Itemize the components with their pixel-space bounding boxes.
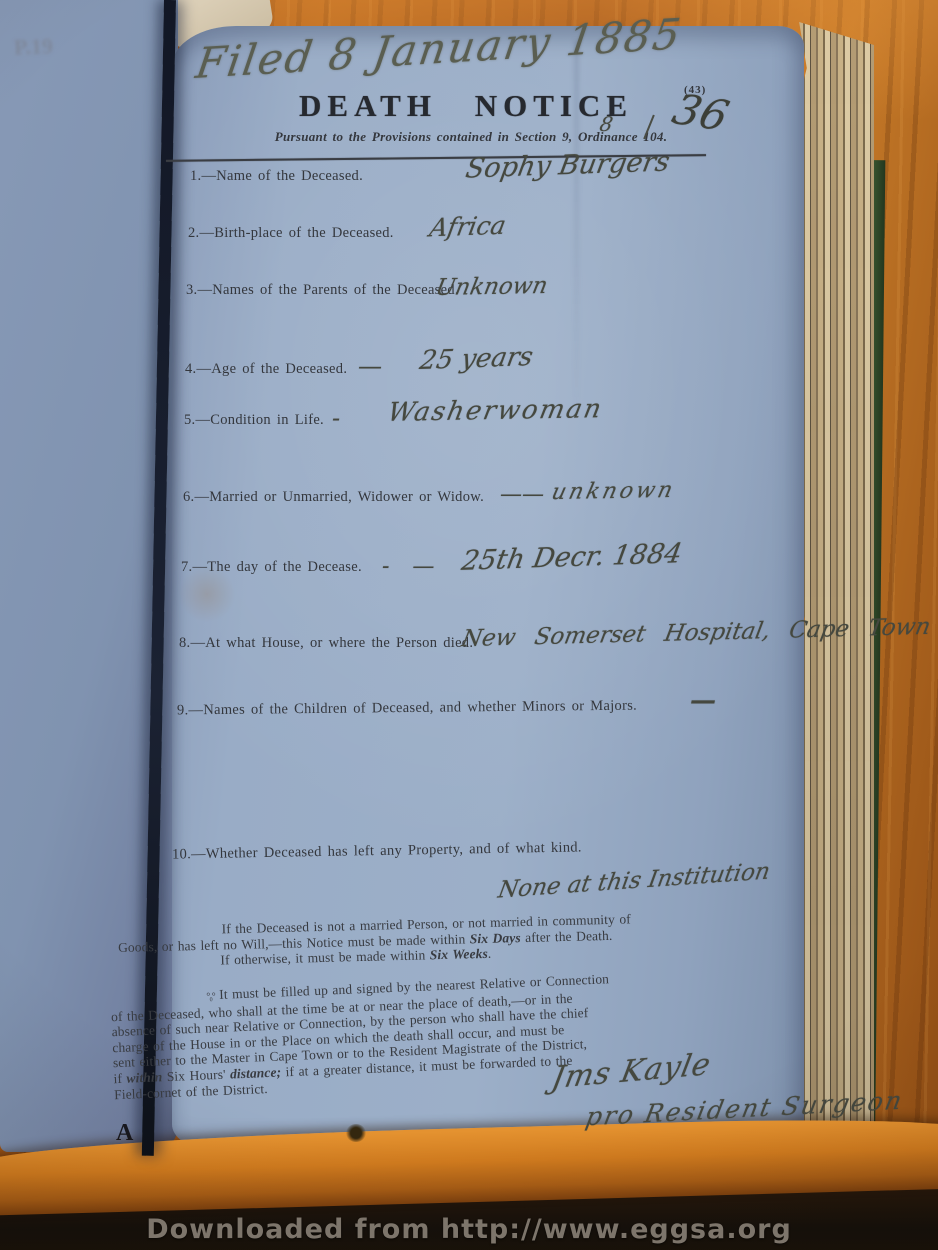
form-item-6-answer: unknown <box>549 478 678 505</box>
form-item-5-label: 5.—Condition in Life. <box>184 412 324 429</box>
signature-role: pro Resident Surgeon <box>583 1086 906 1132</box>
form-item-3-answer: Unknown <box>433 273 549 301</box>
filed-annotation: Filed 8 January 1885 <box>193 9 686 88</box>
form-item-7-dash: - — <box>382 554 442 579</box>
form-item-7-answer: 25th Decr. 1884 <box>459 538 684 577</box>
asterism-mark: °₀° <box>206 991 215 1002</box>
form-item-1-label: 1.—Name of the Deceased. <box>190 168 363 185</box>
form-item-5-dash: - <box>332 404 340 432</box>
form-item-4-dash: — <box>358 352 382 380</box>
footnote-six-days: If the Deceased is not a married Person,… <box>118 908 769 971</box>
form-item-3-label: 3.—Names of the Parents of the Deceased. <box>186 282 459 299</box>
form-item-6-dash: —— <box>500 482 544 507</box>
watermark-text: Downloaded from http://www.eggsa.org <box>0 1214 938 1245</box>
form-item-9-answer: — <box>690 686 716 716</box>
form-item-4-label: 4.—Age of the Deceased. <box>185 361 347 378</box>
form-item-8-answer: New Somerset Hospital, Cape Town <box>460 614 933 652</box>
form-item-2-answer: Africa <box>427 211 508 243</box>
form-item-4-answer: 25 years <box>417 342 535 376</box>
form-item-6-label: 6.—Married or Unmarried, Widower or Wido… <box>183 489 484 506</box>
form-item-10-label: 10.—Whether Deceased has left any Proper… <box>172 839 582 863</box>
photo-of-death-notice: P.19 A Filed 8 January 1885 DEATH NOTICE… <box>0 0 938 1250</box>
form-item-2-label: 2.—Birth-place of the Deceased. <box>188 225 394 242</box>
form-item-1-answer: Sophy Burgers <box>463 146 672 184</box>
form-item-10-answer: None at this Institution <box>496 858 772 903</box>
form-item-8-label: 8.—At what House, or where the Person di… <box>179 635 473 652</box>
form-item-7-label: 7.—The day of the Decease. <box>181 559 362 576</box>
form-item-5-answer: Washerwoman <box>385 394 606 428</box>
form-item-9-label: 9.—Names of the Children of Deceased, an… <box>177 698 637 720</box>
page-content: Filed 8 January 1885 DEATH NOTICE 8 (43)… <box>0 0 938 1250</box>
